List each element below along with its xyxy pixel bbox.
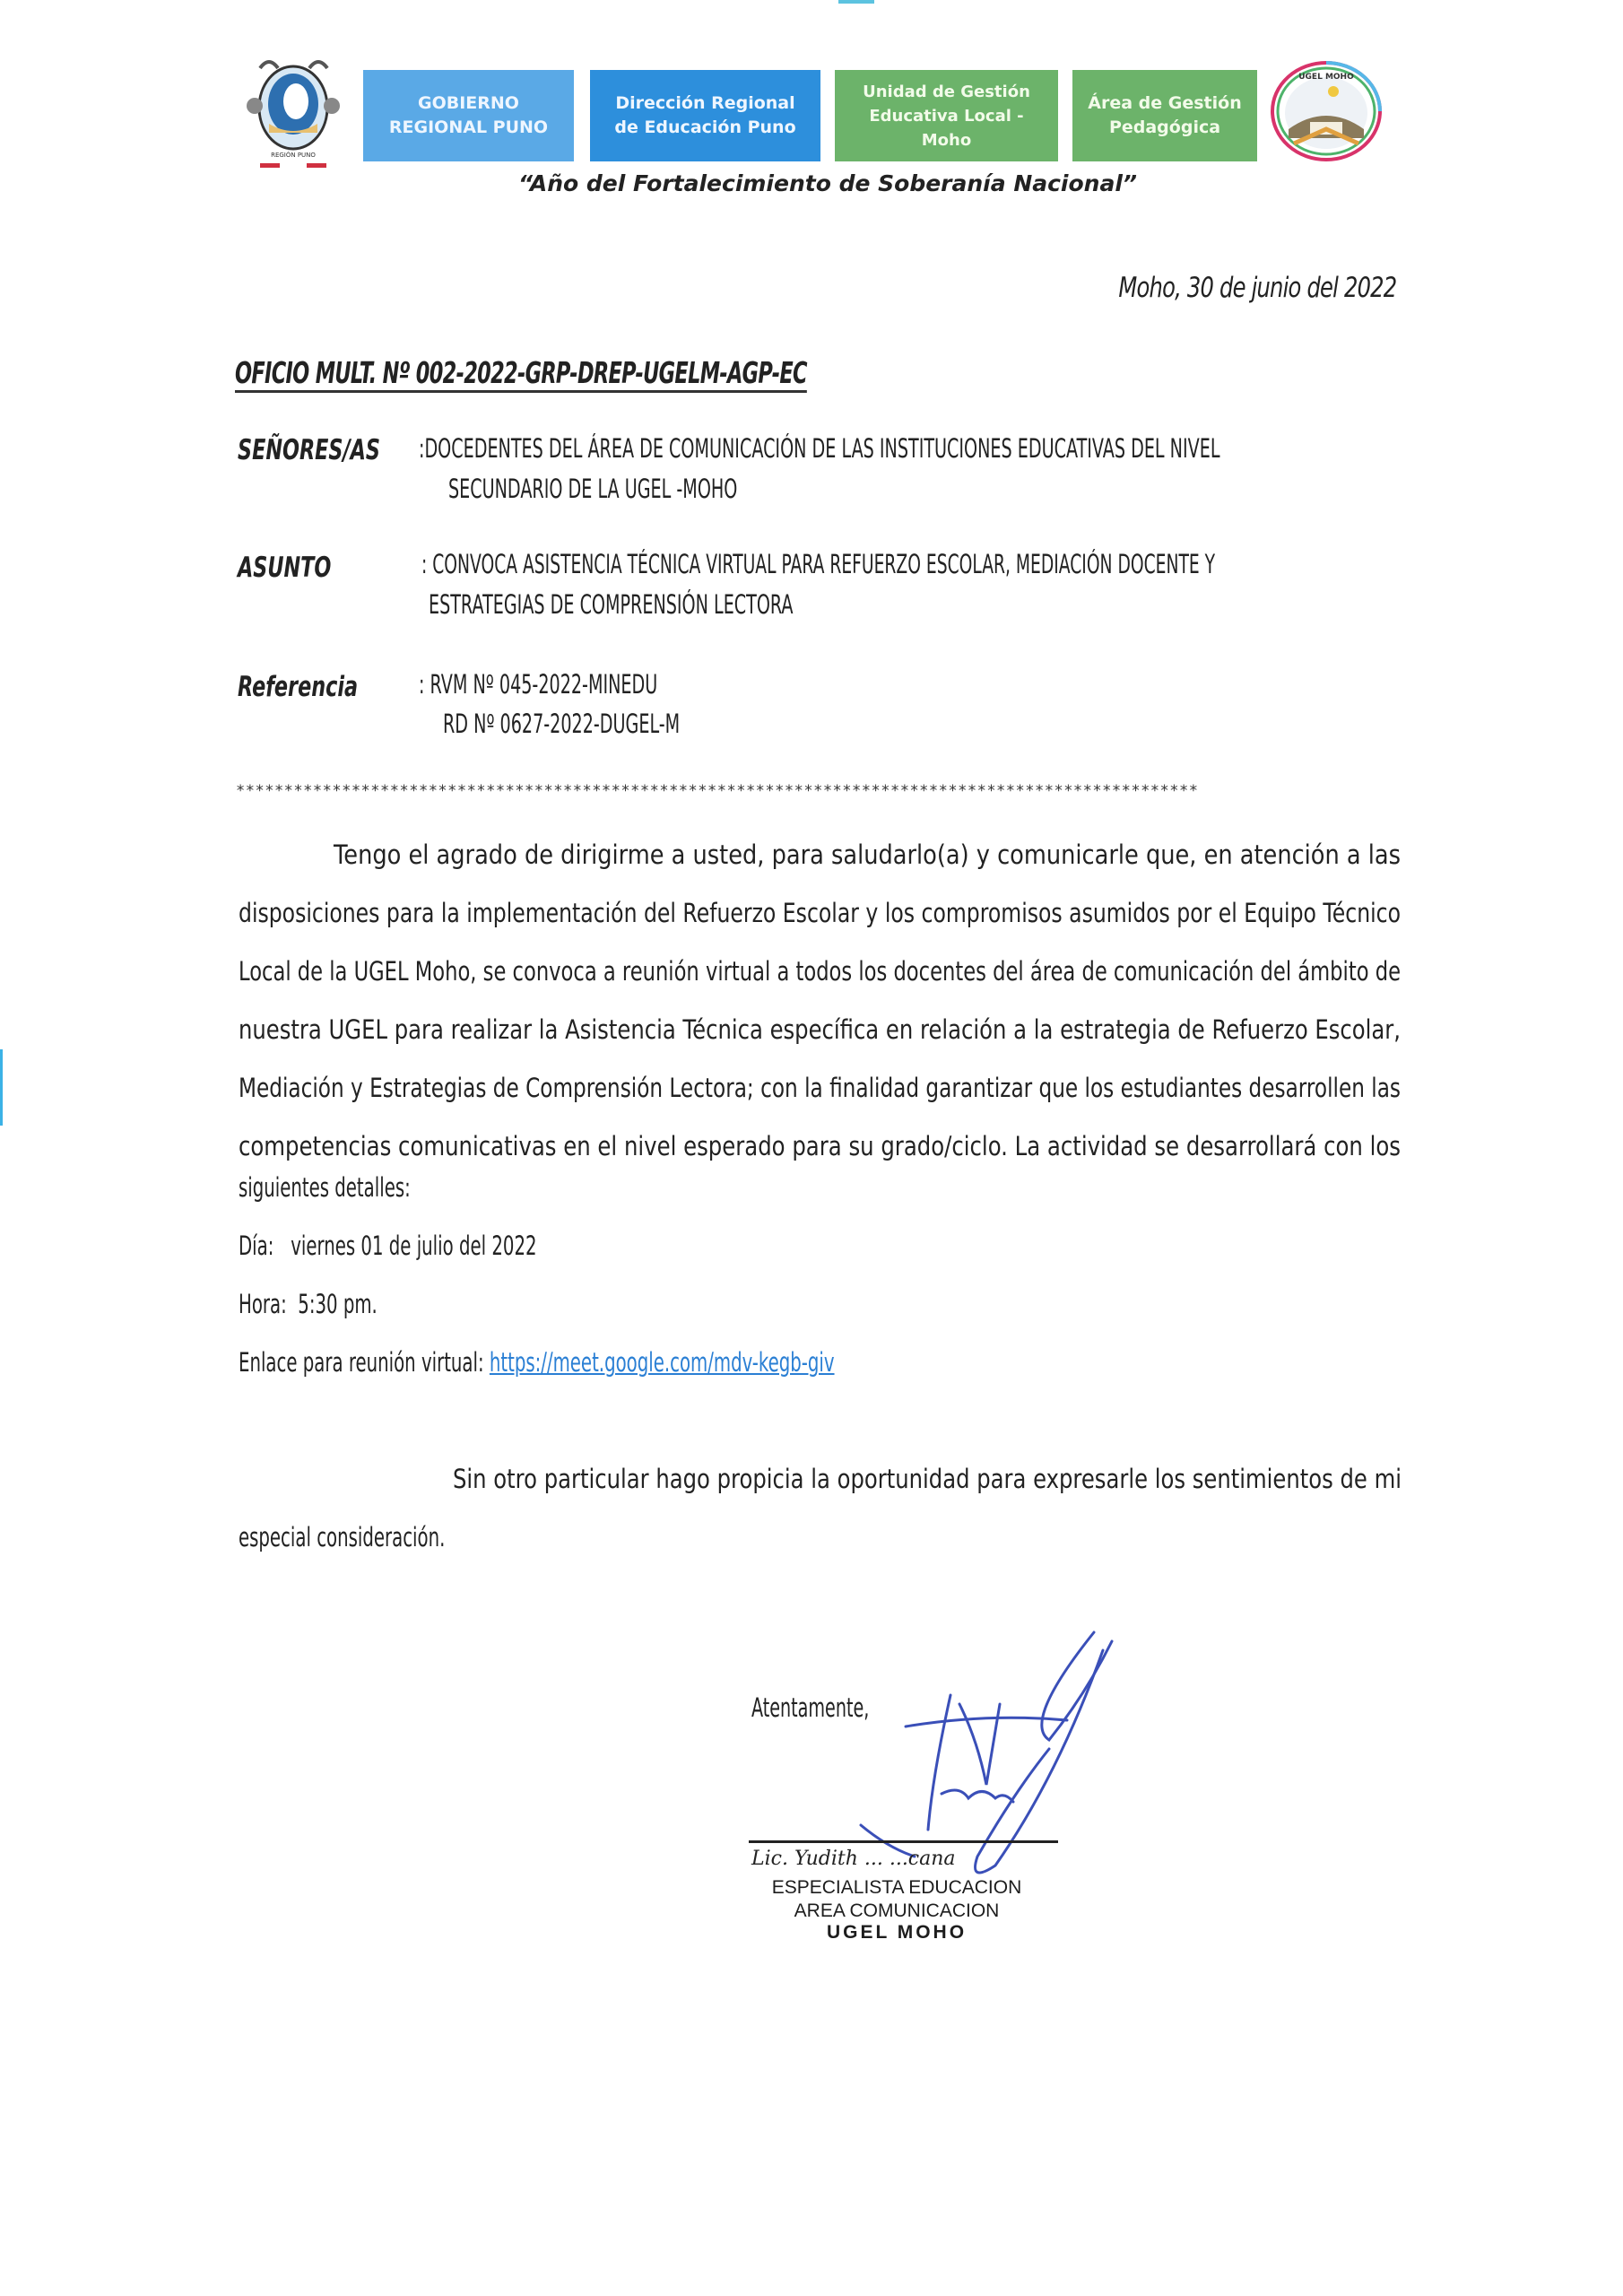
time-value: 5:30 pm. [298, 1289, 378, 1319]
day-value: viernes 01 de julio del 2022 [291, 1231, 536, 1261]
header-box-direccion-regional: Dirección Regionalde Educación Puno [590, 70, 820, 161]
detail-time: Hora: 5:30 pm. [239, 1289, 1401, 1319]
signature-scribble [843, 1614, 1130, 1883]
gobierno-regional-crest-logo: REGIÓN PUNO [242, 52, 345, 173]
signatory-title-1: ESPECIALISTA EDUCACION [735, 1877, 1058, 1899]
signatory-title-3: UGEL MOHO [735, 1922, 1058, 1944]
signatory-title-2: AREA COMUNICACION [735, 1900, 1058, 1922]
header-box-line: Dirección Regional [614, 91, 795, 116]
detail-day: Día: viernes 01 de julio del 2022 [239, 1231, 1401, 1261]
closing-line-2: especial consideración. [239, 1522, 1401, 1552]
recipients-line-2: SECUNDARIO DE LA UGEL -MOHO [448, 474, 886, 504]
body-line: Mediación y Estrategias de Comprensión L… [239, 1073, 1401, 1103]
signature-line [749, 1840, 1058, 1843]
motto-text: “Año del Fortalecimiento de Soberanía Na… [0, 170, 1623, 196]
time-label: Hora: [239, 1289, 287, 1319]
header-box-line: Área de Gestión [1088, 91, 1241, 116]
header-box-gobierno-regional: GOBIERNOREGIONAL PUNO [363, 70, 574, 161]
closing-line-1: Sin otro particular hago propicia la opo… [453, 1464, 1402, 1494]
subject-line-1: : CONVOCA ASISTENCIA TÉCNICA VIRTUAL PAR… [421, 549, 1623, 579]
link-label: Enlace para reunión virtual: [239, 1347, 484, 1378]
header-box-ugel: Unidad de GestiónEducativa Local -Moho [835, 70, 1058, 161]
body-line: nuestra UGEL para realizar la Asistencia… [239, 1014, 1401, 1045]
recipients-line-1: :DOCEDENTES DEL ÁREA DE COMUNICACIÓN DE … [419, 433, 1623, 464]
reference-line-2: RD Nº 0627-2022-DUGEL-M [443, 709, 802, 739]
detail-link: Enlace para reunión virtual: https://mee… [239, 1347, 1401, 1378]
header-box-line: GOBIERNO [389, 91, 548, 116]
scan-mark-left [0, 1049, 3, 1126]
scan-mark-top [838, 0, 874, 4]
document-date: Moho, 30 de junio del 2022 [1040, 272, 1396, 304]
signatory-name: Lic. Yudith ... ...cana [751, 1848, 956, 1870]
header-box-area-gestion: Área de GestiónPedagógica [1072, 70, 1257, 161]
header-box-line: Educativa Local - [863, 104, 1030, 128]
separator-stars: ****************************************… [236, 782, 1199, 800]
svg-text:REGIÓN PUNO: REGIÓN PUNO [271, 151, 316, 159]
subject-line-2: ESTRATEGIAS DE COMPRENSIÓN LECTORA [429, 589, 981, 620]
reference-label: Referencia [238, 671, 404, 703]
reference-line-1: : RVM Nº 045-2022-MINEDU [419, 669, 780, 700]
body-line: disposiciones para la implementación del… [239, 898, 1401, 928]
body-line: competencias comunicativas en el nivel e… [239, 1131, 1401, 1161]
ugel-moho-seal-logo: UGEL MOHO [1267, 57, 1385, 169]
body-line: Local de la UGEL Moho, se convoca a reun… [239, 956, 1401, 987]
header-box-line: Unidad de Gestión [863, 80, 1030, 104]
recipients-label: SEÑORES/AS [238, 434, 436, 466]
header-box-line: de Educación Puno [614, 116, 795, 140]
day-label: Día: [239, 1231, 273, 1261]
header-box-line: Moho [863, 128, 1030, 152]
meeting-link[interactable]: https://meet.google.com/mdv-kegb-giv [490, 1347, 835, 1378]
header-box-line: Pedagógica [1088, 116, 1241, 140]
body-line: Tengo el agrado de dirigirme a usted, pa… [334, 839, 1401, 870]
body-line: siguientes detalles: [239, 1172, 1401, 1203]
subject-label: ASUNTO [238, 552, 368, 584]
document-reference-number: OFICIO MULT. Nº 002-2022-GRP-DREP-UGELM-… [235, 355, 1076, 393]
svg-text:UGEL MOHO: UGEL MOHO [1298, 73, 1354, 82]
header-box-line: REGIONAL PUNO [389, 116, 548, 140]
